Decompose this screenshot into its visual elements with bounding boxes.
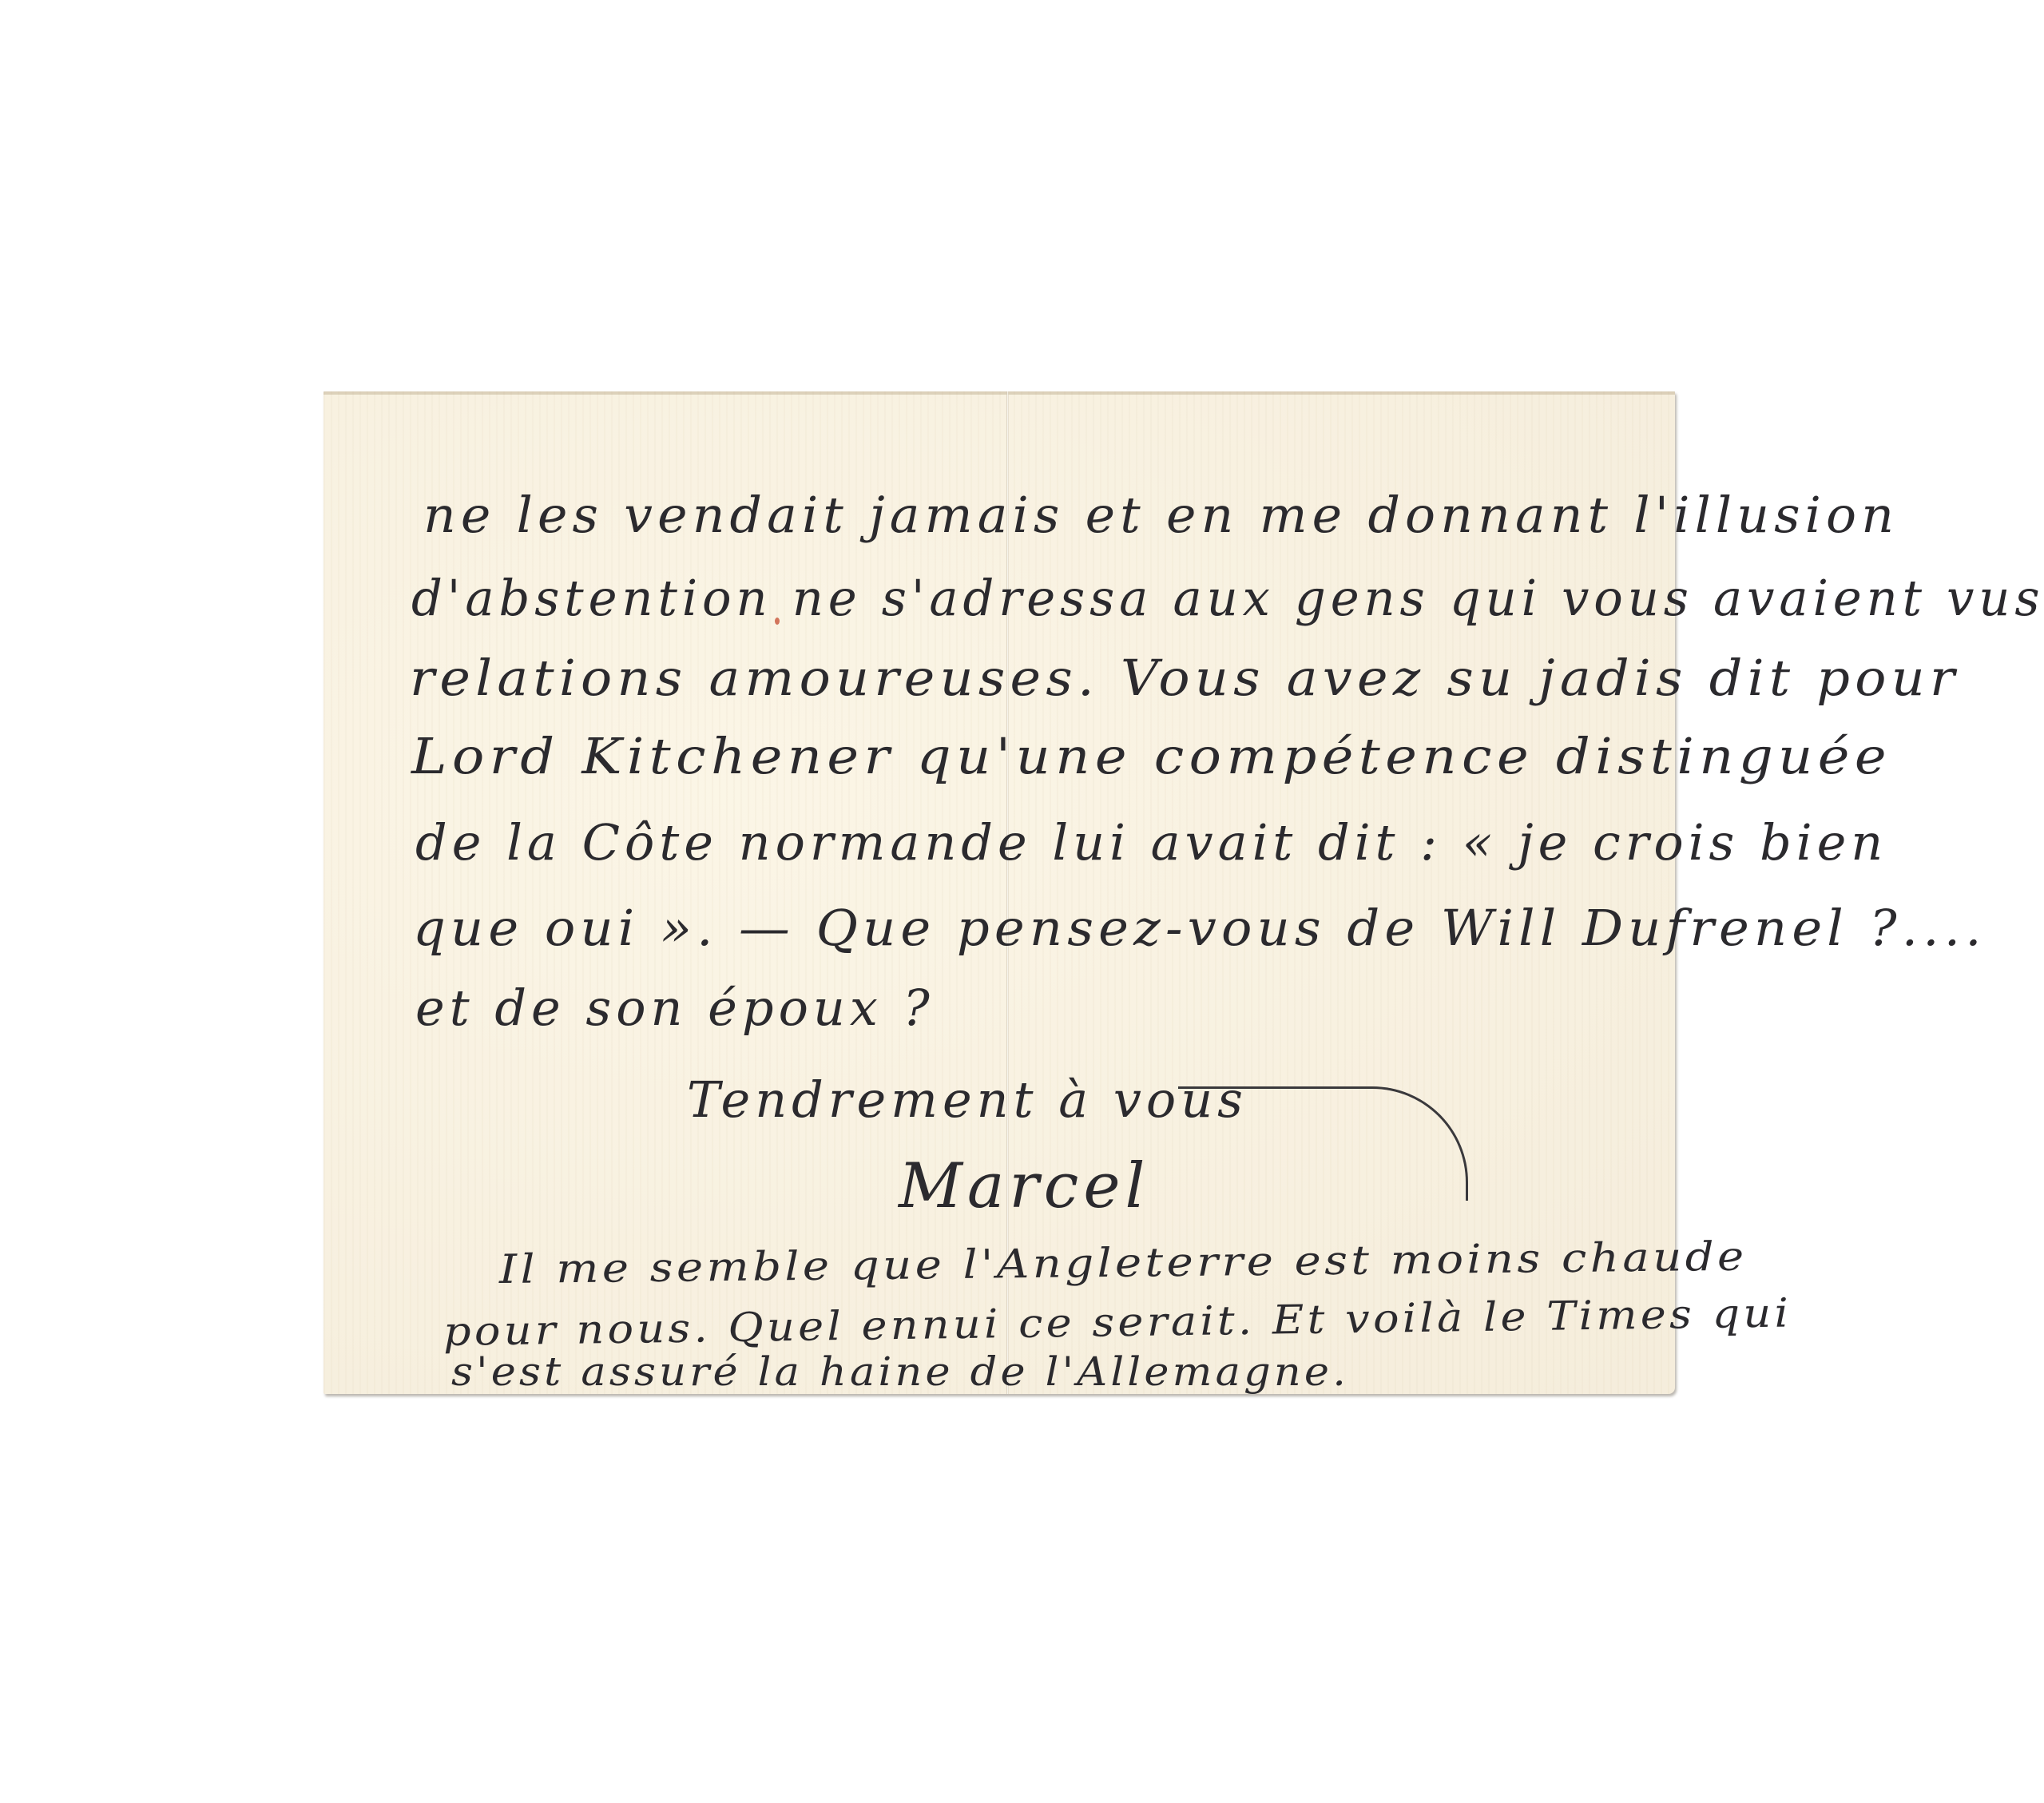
letter-card: ne les vendait jamais et en me donnant l… [323,391,1675,1394]
letter-body-line-3: relations amoureuses. Vous avez su jadis… [410,649,1959,707]
postscript-line-2: pour nous. Quel ennui ce serait. Et voil… [443,1289,1792,1355]
letter-body-line-7: et de son époux ? [415,979,935,1037]
postscript-line-1: Il me semble que l'Angleterre est moins … [499,1233,1748,1293]
letter-body-line-2: d'abstention ne s'adressa aux gens qui v… [411,569,2044,627]
signature: Marcel [899,1150,1149,1222]
closing-flourish [1178,1086,1468,1201]
letter-closing: Tendrement à vous [687,1070,1248,1129]
letter-body-line-5: de la Côte normande lui avait dit : « je… [415,813,1887,872]
letter-body-line-4: Lord Kitchener qu'une compétence disting… [411,727,1891,785]
postscript-line-3: s'est assuré la haine de l'Allemagne. [451,1348,1349,1395]
letter-body-line-6: que oui ». — Que pensez-vous de Will Duf… [413,899,1986,957]
letter-body-line-1: ne les vendait jamais et en me donnant l… [423,486,1899,544]
